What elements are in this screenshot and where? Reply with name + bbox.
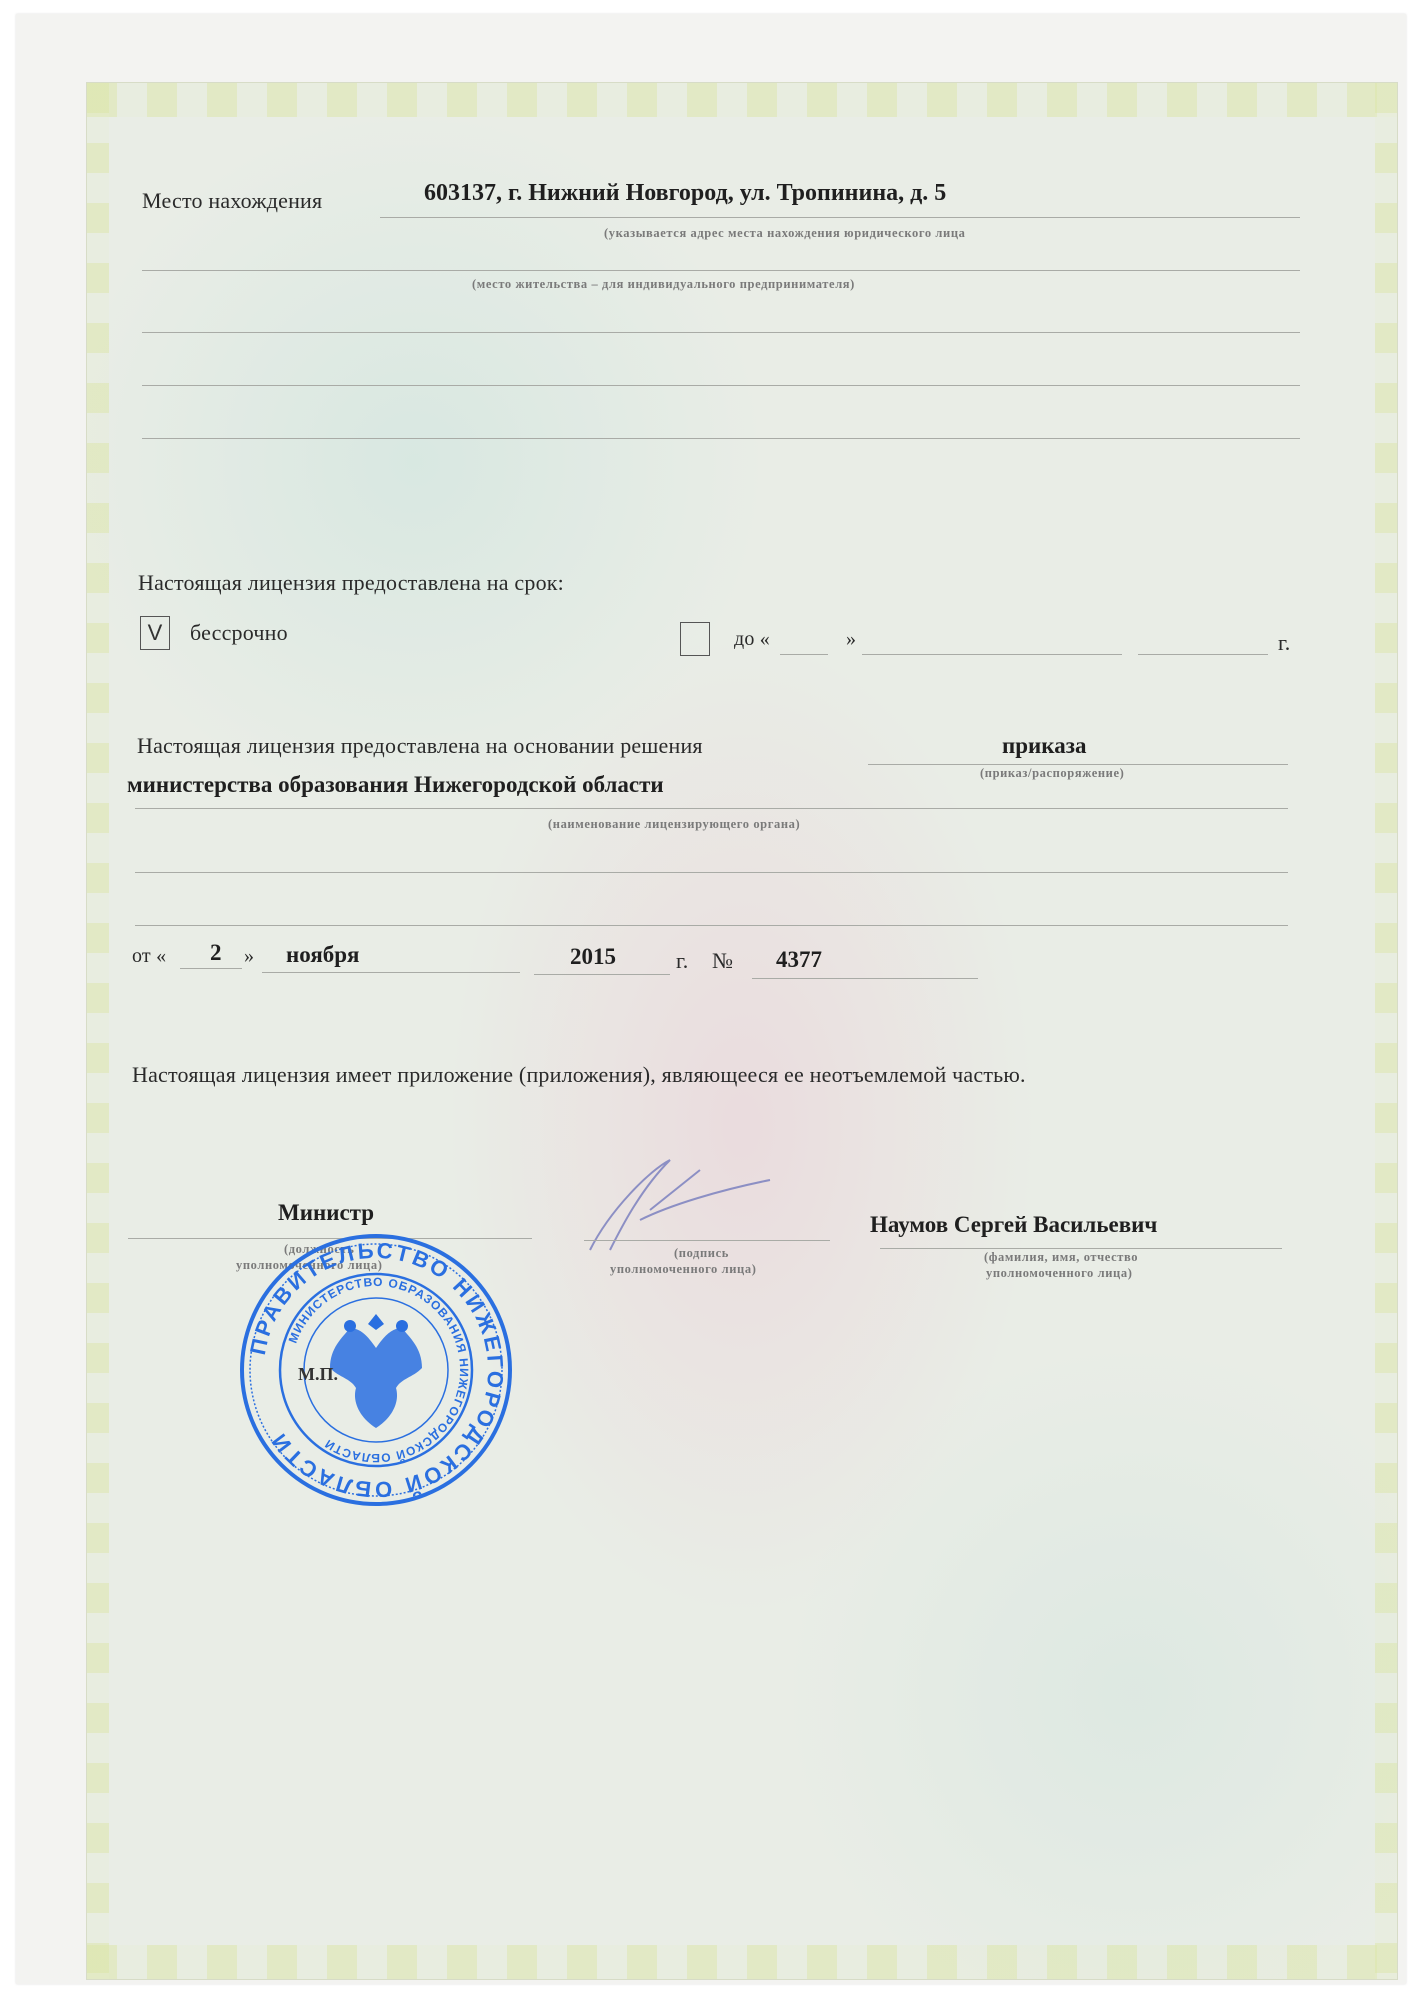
decorative-border-left [87, 83, 109, 1979]
name-hint-2: уполномоченного лица) [986, 1266, 1132, 1281]
signature-line [584, 1240, 830, 1241]
until-year-line [1138, 654, 1268, 655]
decision-day: 2 [210, 940, 222, 966]
name-hint-1: (фамилия, имя, отчество [984, 1250, 1138, 1265]
signature-hint-2: уполномоченного лица) [610, 1262, 756, 1277]
year-line [534, 974, 670, 975]
decision-type: приказа [1002, 733, 1086, 759]
license-form [86, 82, 1398, 1980]
decision-number: 4377 [776, 947, 822, 973]
blank-line-2 [142, 385, 1300, 386]
date-prefix: от « [132, 945, 166, 968]
location-address: 603137, г. Нижний Новгород, ул. Тропинин… [424, 180, 946, 207]
basis-heading: Настоящая лицензия предоставлена на осно… [137, 733, 703, 759]
until-quote-close: » [846, 628, 856, 651]
coat-of-arms-icon [330, 1314, 422, 1428]
decision-year: 2015 [570, 944, 616, 970]
blank-line-3 [142, 438, 1300, 439]
licensing-authority: министерства образования Нижегородской о… [127, 772, 664, 798]
month-line [262, 972, 520, 973]
signature-hint-1: (подпись [674, 1246, 729, 1261]
location-line [380, 217, 1300, 218]
decorative-border-bottom [87, 1945, 1397, 1979]
number-line [752, 978, 978, 979]
location-line-2 [142, 270, 1300, 271]
until-month-line [862, 654, 1122, 655]
checkbox-mark: V [148, 620, 163, 646]
authority-hint: (наименование лицензирующего органа) [548, 817, 800, 832]
scan-sheet [16, 14, 1406, 1984]
blank-line-5 [135, 925, 1288, 926]
location-hint-legal: (указывается адрес места нахождения юрид… [604, 226, 965, 241]
location-label: Место нахождения [142, 188, 322, 214]
name-line [880, 1248, 1282, 1249]
blank-line-1 [142, 332, 1300, 333]
signatory-name: Наумов Сергей Васильевич [870, 1212, 1157, 1238]
decision-type-hint: (приказ/распоряжение) [980, 766, 1124, 781]
decision-month: ноября [286, 942, 360, 968]
seal-mp-label: М.П. [298, 1364, 338, 1384]
decorative-border-top [87, 83, 1397, 117]
appendix-note: Настоящая лицензия имеет приложение (при… [132, 1062, 1026, 1088]
term-heading: Настоящая лицензия предоставлена на срок… [138, 570, 564, 596]
signature-mark [580, 1150, 780, 1260]
until-prefix: до « [734, 628, 770, 651]
indefinite-checkbox[interactable]: V [140, 616, 170, 650]
location-hint-individual: (место жительства – для индивидуального … [472, 277, 855, 292]
until-checkbox[interactable] [680, 622, 710, 656]
signatory-position: Министр [278, 1200, 374, 1226]
year-suffix: г. [676, 948, 688, 974]
blank-line-4 [135, 872, 1288, 873]
number-sign: № [712, 948, 733, 974]
day-line [180, 968, 242, 969]
until-suffix: г. [1278, 630, 1290, 656]
until-day-line [780, 654, 828, 655]
authority-line [135, 808, 1288, 809]
date-quote-close: » [244, 945, 254, 968]
decorative-border-right [1375, 83, 1397, 1979]
decision-type-line [868, 764, 1288, 765]
official-seal: ПРАВИТЕЛЬСТВО НИЖЕГОРОДСКОЙ ОБЛАСТИ МИНИ… [238, 1232, 514, 1508]
indefinite-label: бессрочно [190, 620, 288, 646]
